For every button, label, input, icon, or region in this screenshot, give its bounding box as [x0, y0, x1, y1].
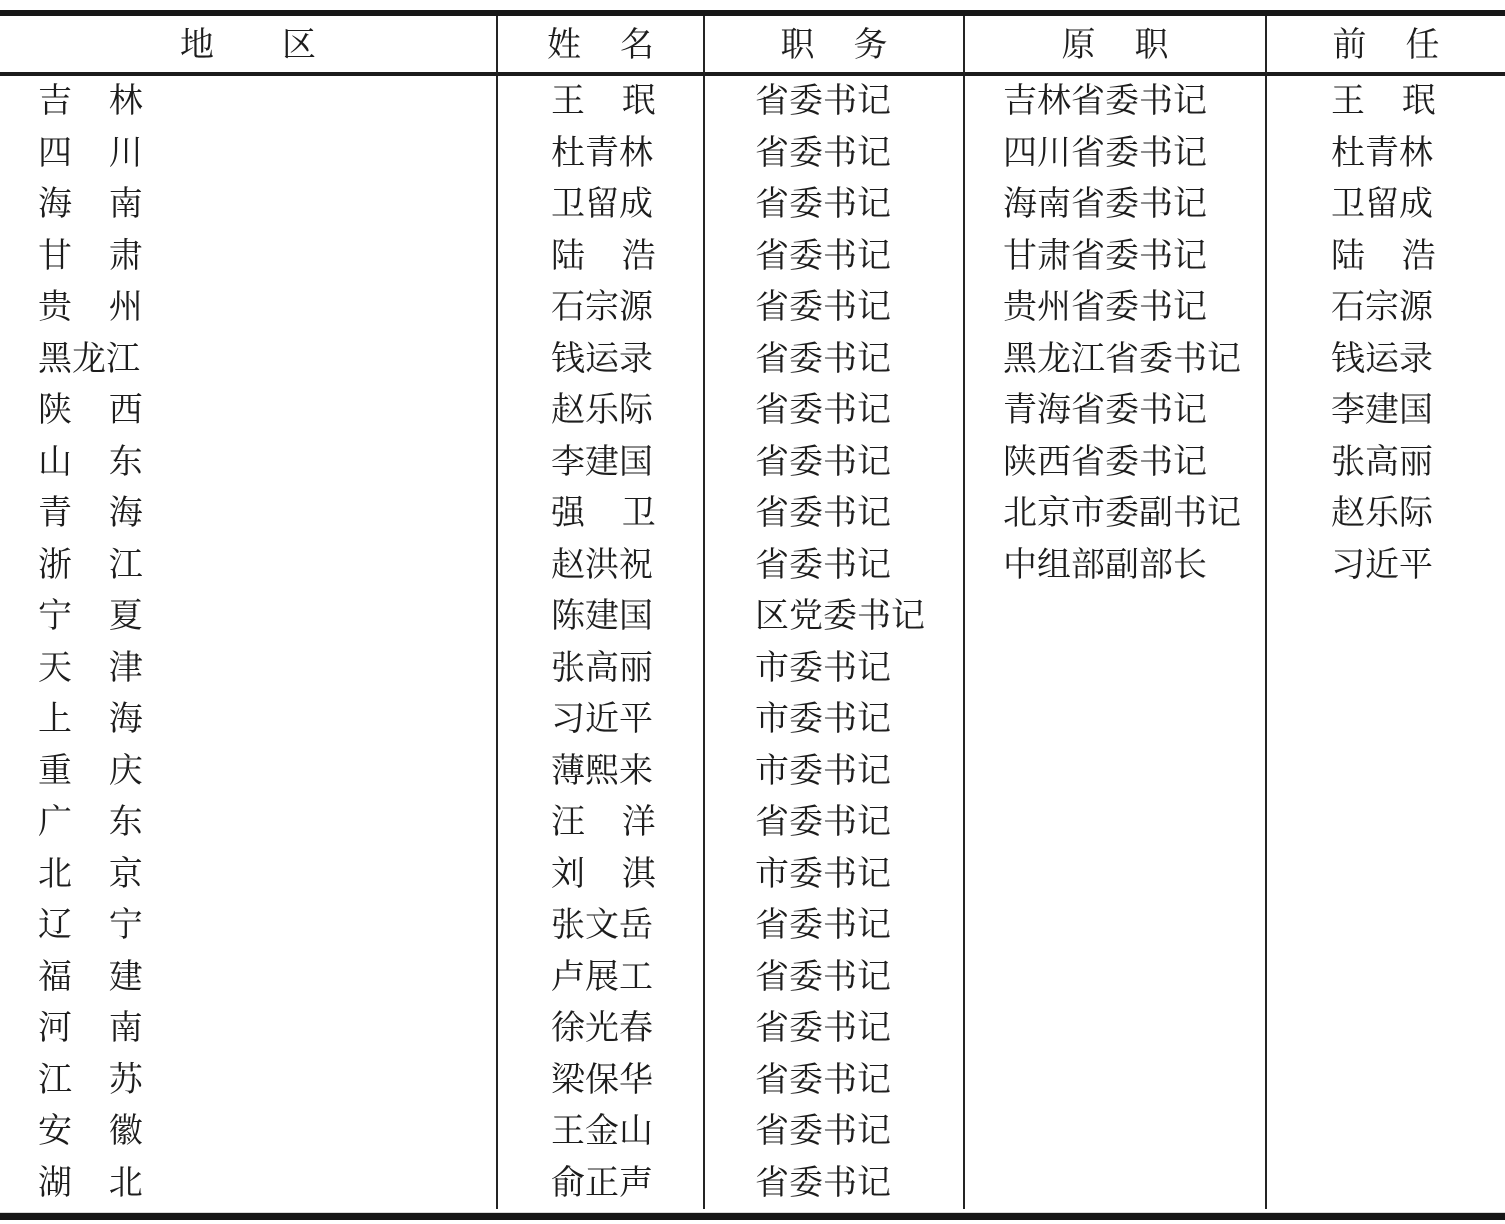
- table-row: 海南 卫留成 省委书记 海南省委书记 卫留成: [0, 179, 1505, 231]
- table-row: 广东 汪洋 省委书记: [0, 797, 1505, 849]
- former-position-cell: [965, 694, 1267, 746]
- former-position-cell: [965, 952, 1267, 1004]
- predecessor-cell: [1267, 1158, 1505, 1210]
- name-cell: 王珉: [498, 76, 705, 128]
- header-name: 姓名: [498, 16, 705, 76]
- table-row: 安徽 王金山 省委书记: [0, 1106, 1505, 1158]
- predecessor-cell: [1267, 952, 1505, 1004]
- former-position-cell: 海南省委书记: [965, 179, 1267, 231]
- former-position-cell: 贵州省委书记: [965, 282, 1267, 334]
- region-cell: 北京: [0, 849, 498, 901]
- table-row: 北京 刘淇 市委书记: [0, 849, 1505, 901]
- table-body: 吉林 王珉 省委书记 吉林省委书记 王珉 四川 杜青林 省委书记 四川省委书记 …: [0, 76, 1505, 1209]
- region-cell: 山东: [0, 437, 498, 489]
- predecessor-cell: [1267, 797, 1505, 849]
- region-cell: 天津: [0, 643, 498, 695]
- name-cell: 陈建国: [498, 591, 705, 643]
- predecessor-cell: 王珉: [1267, 76, 1505, 128]
- former-position-cell: [965, 643, 1267, 695]
- table-row: 吉林 王珉 省委书记 吉林省委书记 王珉: [0, 76, 1505, 128]
- name-cell: 赵洪祝: [498, 540, 705, 592]
- table-header-row: 地区 姓名 职务 原职 前任: [0, 16, 1505, 76]
- scan-artifact-line: [0, 1212, 1505, 1213]
- region-cell: 甘肃: [0, 231, 498, 283]
- name-cell: 刘淇: [498, 849, 705, 901]
- position-cell: 省委书记: [705, 1106, 965, 1158]
- former-position-cell: [965, 900, 1267, 952]
- position-cell: 区党委书记: [705, 591, 965, 643]
- position-cell: 省委书记: [705, 540, 965, 592]
- table-row: 青海 强卫 省委书记 北京市委副书记 赵乐际: [0, 488, 1505, 540]
- predecessor-cell: 陆浩: [1267, 231, 1505, 283]
- predecessor-cell: [1267, 1003, 1505, 1055]
- table-row: 湖北 俞正声 省委书记: [0, 1158, 1505, 1210]
- name-cell: 习近平: [498, 694, 705, 746]
- header-former-position: 原职: [965, 16, 1267, 76]
- region-cell: 广东: [0, 797, 498, 849]
- position-cell: 省委书记: [705, 488, 965, 540]
- header-position: 职务: [705, 16, 965, 76]
- former-position-cell: 青海省委书记: [965, 385, 1267, 437]
- position-cell: 省委书记: [705, 1003, 965, 1055]
- region-cell: 陕西: [0, 385, 498, 437]
- name-cell: 徐光春: [498, 1003, 705, 1055]
- table-row: 山东 李建国 省委书记 陕西省委书记 张高丽: [0, 437, 1505, 489]
- name-cell: 李建国: [498, 437, 705, 489]
- name-cell: 梁保华: [498, 1055, 705, 1107]
- position-cell: 省委书记: [705, 1158, 965, 1210]
- predecessor-cell: [1267, 591, 1505, 643]
- name-cell: 石宗源: [498, 282, 705, 334]
- table-row: 福建 卢展工 省委书记: [0, 952, 1505, 1004]
- position-cell: 省委书记: [705, 282, 965, 334]
- position-cell: 市委书记: [705, 643, 965, 695]
- former-position-cell: 中组部副部长: [965, 540, 1267, 592]
- position-cell: 省委书记: [705, 128, 965, 180]
- name-cell: 杜青林: [498, 128, 705, 180]
- former-position-cell: 陕西省委书记: [965, 437, 1267, 489]
- former-position-cell: 甘肃省委书记: [965, 231, 1267, 283]
- name-cell: 赵乐际: [498, 385, 705, 437]
- table-row: 贵州 石宗源 省委书记 贵州省委书记 石宗源: [0, 282, 1505, 334]
- position-cell: 省委书记: [705, 437, 965, 489]
- predecessor-cell: 卫留成: [1267, 179, 1505, 231]
- former-position-cell: [965, 1158, 1267, 1210]
- region-cell: 贵州: [0, 282, 498, 334]
- region-cell: 四川: [0, 128, 498, 180]
- predecessor-cell: [1267, 849, 1505, 901]
- predecessor-cell: 李建国: [1267, 385, 1505, 437]
- position-cell: 市委书记: [705, 746, 965, 798]
- predecessor-cell: 习近平: [1267, 540, 1505, 592]
- header-region: 地区: [0, 16, 498, 76]
- region-cell: 浙江: [0, 540, 498, 592]
- region-cell: 海南: [0, 179, 498, 231]
- predecessor-cell: [1267, 746, 1505, 798]
- header-predecessor: 前任: [1267, 16, 1505, 76]
- region-cell: 黑龙江: [0, 334, 498, 386]
- name-cell: 卢展工: [498, 952, 705, 1004]
- position-cell: 市委书记: [705, 694, 965, 746]
- former-position-cell: [965, 1003, 1267, 1055]
- position-cell: 省委书记: [705, 334, 965, 386]
- former-position-cell: 北京市委副书记: [965, 488, 1267, 540]
- former-position-cell: 四川省委书记: [965, 128, 1267, 180]
- region-cell: 辽宁: [0, 900, 498, 952]
- region-cell: 上海: [0, 694, 498, 746]
- former-position-cell: [965, 746, 1267, 798]
- predecessor-cell: [1267, 900, 1505, 952]
- table-row: 河南 徐光春 省委书记: [0, 1003, 1505, 1055]
- region-cell: 青海: [0, 488, 498, 540]
- predecessor-cell: [1267, 643, 1505, 695]
- position-cell: 省委书记: [705, 76, 965, 128]
- position-cell: 省委书记: [705, 900, 965, 952]
- name-cell: 卫留成: [498, 179, 705, 231]
- name-cell: 汪洋: [498, 797, 705, 849]
- name-cell: 钱运录: [498, 334, 705, 386]
- former-position-cell: [965, 1055, 1267, 1107]
- region-cell: 宁夏: [0, 591, 498, 643]
- predecessor-cell: 钱运录: [1267, 334, 1505, 386]
- position-cell: 省委书记: [705, 1055, 965, 1107]
- region-cell: 吉林: [0, 76, 498, 128]
- position-cell: 省委书记: [705, 385, 965, 437]
- former-position-cell: 吉林省委书记: [965, 76, 1267, 128]
- predecessor-cell: [1267, 1106, 1505, 1158]
- table-row: 四川 杜青林 省委书记 四川省委书记 杜青林: [0, 128, 1505, 180]
- position-cell: 省委书记: [705, 952, 965, 1004]
- table-row: 甘肃 陆浩 省委书记 甘肃省委书记 陆浩: [0, 231, 1505, 283]
- table-row: 江苏 梁保华 省委书记: [0, 1055, 1505, 1107]
- table-row: 宁夏 陈建国 区党委书记: [0, 591, 1505, 643]
- position-cell: 省委书记: [705, 797, 965, 849]
- table-row: 重庆 薄熙来 市委书记: [0, 746, 1505, 798]
- region-cell: 湖北: [0, 1158, 498, 1210]
- region-cell: 重庆: [0, 746, 498, 798]
- table-row: 天津 张高丽 市委书记: [0, 643, 1505, 695]
- name-cell: 薄熙来: [498, 746, 705, 798]
- predecessor-cell: [1267, 1055, 1505, 1107]
- table-row: 辽宁 张文岳 省委书记: [0, 900, 1505, 952]
- predecessor-cell: [1267, 694, 1505, 746]
- name-cell: 王金山: [498, 1106, 705, 1158]
- region-cell: 江苏: [0, 1055, 498, 1107]
- position-cell: 省委书记: [705, 231, 965, 283]
- table-row: 上海 习近平 市委书记: [0, 694, 1505, 746]
- appointments-table: 地区 姓名 职务 原职 前任 吉林 王珉 省委书记 吉林省委书记 王珉 四川 杜…: [0, 10, 1505, 1220]
- table-row: 黑龙江 钱运录 省委书记 黑龙江省委书记 钱运录: [0, 334, 1505, 386]
- predecessor-cell: 杜青林: [1267, 128, 1505, 180]
- former-position-cell: [965, 797, 1267, 849]
- name-cell: 张高丽: [498, 643, 705, 695]
- position-cell: 市委书记: [705, 849, 965, 901]
- name-cell: 张文岳: [498, 900, 705, 952]
- position-cell: 省委书记: [705, 179, 965, 231]
- predecessor-cell: 石宗源: [1267, 282, 1505, 334]
- former-position-cell: 黑龙江省委书记: [965, 334, 1267, 386]
- predecessor-cell: 张高丽: [1267, 437, 1505, 489]
- former-position-cell: [965, 1106, 1267, 1158]
- region-cell: 河南: [0, 1003, 498, 1055]
- region-cell: 福建: [0, 952, 498, 1004]
- name-cell: 陆浩: [498, 231, 705, 283]
- former-position-cell: [965, 849, 1267, 901]
- name-cell: 强卫: [498, 488, 705, 540]
- table-row: 陕西 赵乐际 省委书记 青海省委书记 李建国: [0, 385, 1505, 437]
- region-cell: 安徽: [0, 1106, 498, 1158]
- table-row: 浙江 赵洪祝 省委书记 中组部副部长 习近平: [0, 540, 1505, 592]
- name-cell: 俞正声: [498, 1158, 705, 1210]
- former-position-cell: [965, 591, 1267, 643]
- predecessor-cell: 赵乐际: [1267, 488, 1505, 540]
